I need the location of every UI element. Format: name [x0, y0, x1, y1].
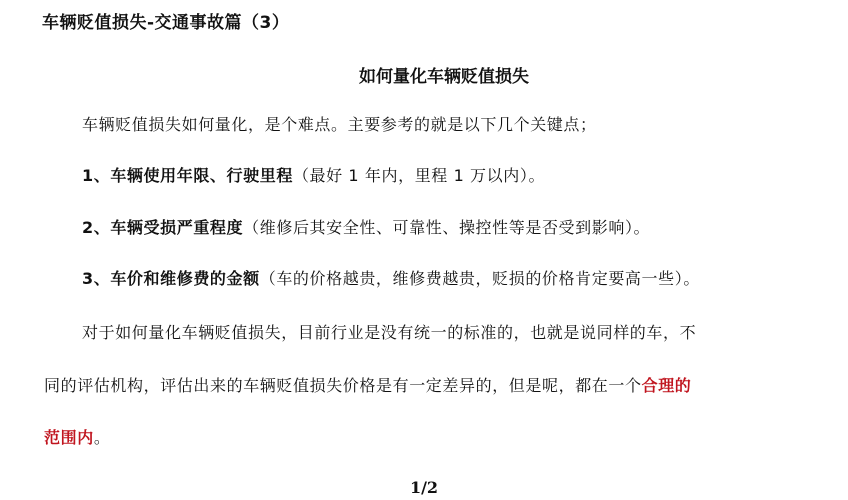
key-point-label: 3、车价和维修费的金额: [82, 269, 260, 288]
intro-paragraph: 车辆贬值损失如何量化，是个难点。主要参考的就是以下几个关键点；: [82, 112, 597, 135]
key-point-label: 2、车辆受损严重程度: [82, 218, 243, 237]
emphasis-text: 范围内: [44, 428, 94, 447]
key-point-2: 2、车辆受损严重程度（维修后其安全性、可靠性、操控性等是否受到影响）。: [82, 215, 650, 238]
key-point-label: 1、车辆使用年限、行驶里程: [82, 166, 293, 185]
document-title: 车辆贬值损失-交通事故篇（3）: [42, 8, 289, 33]
key-point-detail: （车的价格越贵，维修费越贵，贬损的价格肯定要高一些）。: [260, 269, 700, 288]
key-point-1: 1、车辆使用年限、行驶里程（最好 1 年内，里程 1 万以内）。: [82, 163, 545, 186]
key-point-3: 3、车价和维修费的金额（车的价格越贵，维修费越贵，贬损的价格肯定要高一些）。: [82, 266, 700, 289]
conclusion-text: 同的评估机构，评估出来的车辆贬值损失价格是有一定差异的，但是呢，都在一个: [44, 376, 642, 395]
conclusion-text: 。: [94, 428, 111, 447]
emphasis-text: 合理的: [642, 376, 692, 395]
key-point-detail: （维修后其安全性、可靠性、操控性等是否受到影响）。: [243, 218, 650, 237]
page-indicator: 1/2: [0, 478, 848, 497]
section-title: 如何量化车辆贬值损失: [0, 62, 848, 87]
conclusion-line-3: 范围内。: [44, 425, 110, 448]
key-point-detail: （最好 1 年内，里程 1 万以内）。: [293, 166, 545, 185]
conclusion-line-1: 对于如何量化车辆贬值损失，目前行业是没有统一的标准的，也就是说同样的车，不: [82, 320, 696, 343]
conclusion-line-2: 同的评估机构，评估出来的车辆贬值损失价格是有一定差异的，但是呢，都在一个合理的: [44, 373, 691, 396]
